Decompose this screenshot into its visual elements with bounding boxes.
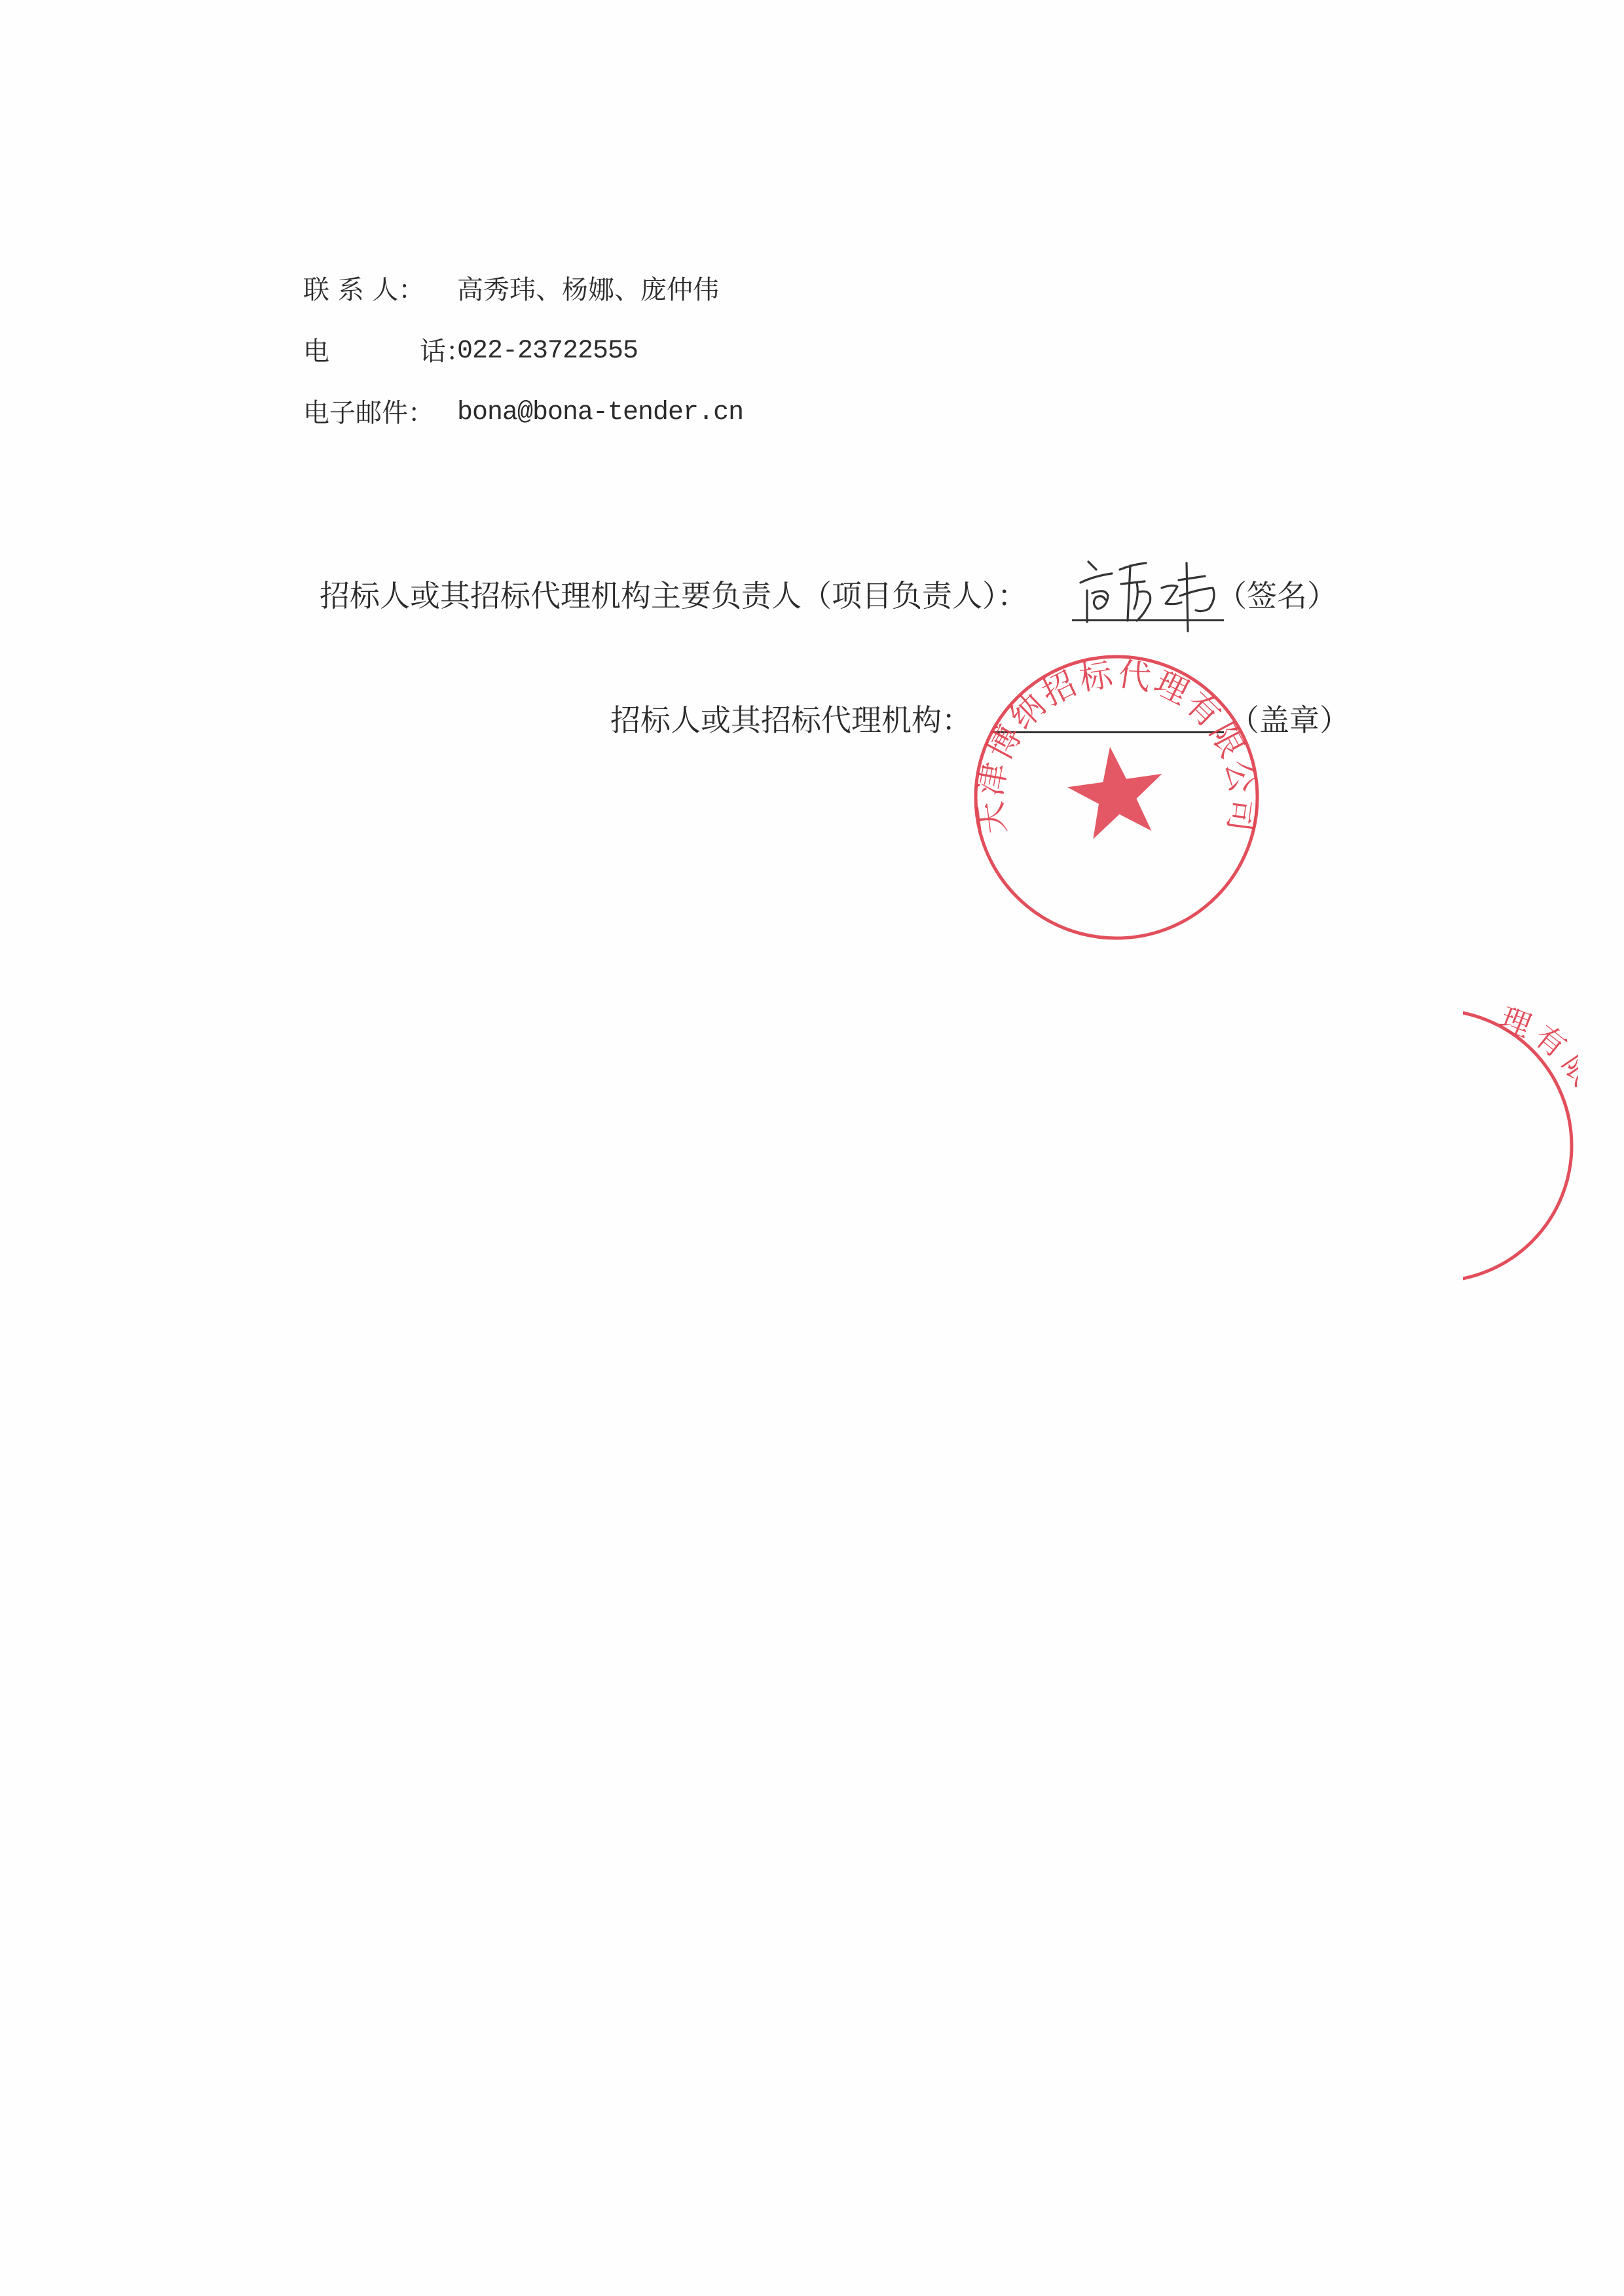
seal-line: 招标人或其招标代理机构： （盖章） <box>610 701 972 740</box>
contact-person-value: 高秀玮、杨娜、庞仲伟 <box>457 274 719 306</box>
company-stamp: 天津博纳招标代理有限公司 <box>969 648 1264 949</box>
phone-value: 022-23722555 <box>457 335 638 368</box>
signature-label: 招标人或其招标代理机构主要负责人（项目负责人）： <box>320 578 1027 613</box>
phone-label: 电话： <box>303 335 472 368</box>
signature-line: 招标人或其招标代理机构主要负责人（项目负责人）： （签名） <box>320 576 1027 615</box>
phone-label-char1: 电 <box>303 337 329 367</box>
email-label: 电子邮件： <box>303 397 434 429</box>
edge-stamp-partial: 理有限公司 <box>1460 1005 1578 1286</box>
document-page: 联 系 人： 高秀玮、杨娜、庞仲伟 电话： 022-23722555 电子邮件：… <box>0 0 1624 2296</box>
seal-label: 招标人或其招标代理机构： <box>610 702 972 738</box>
contact-person-label: 联 系 人： <box>303 274 424 306</box>
signature-suffix: （签名） <box>1217 576 1337 615</box>
email-value[interactable]: bona@bona-tender.cn <box>457 397 743 429</box>
star-icon <box>1063 740 1170 842</box>
handwritten-signature <box>1074 550 1231 635</box>
edge-stamp-text: 理有限公司 <box>1495 1005 1578 1165</box>
